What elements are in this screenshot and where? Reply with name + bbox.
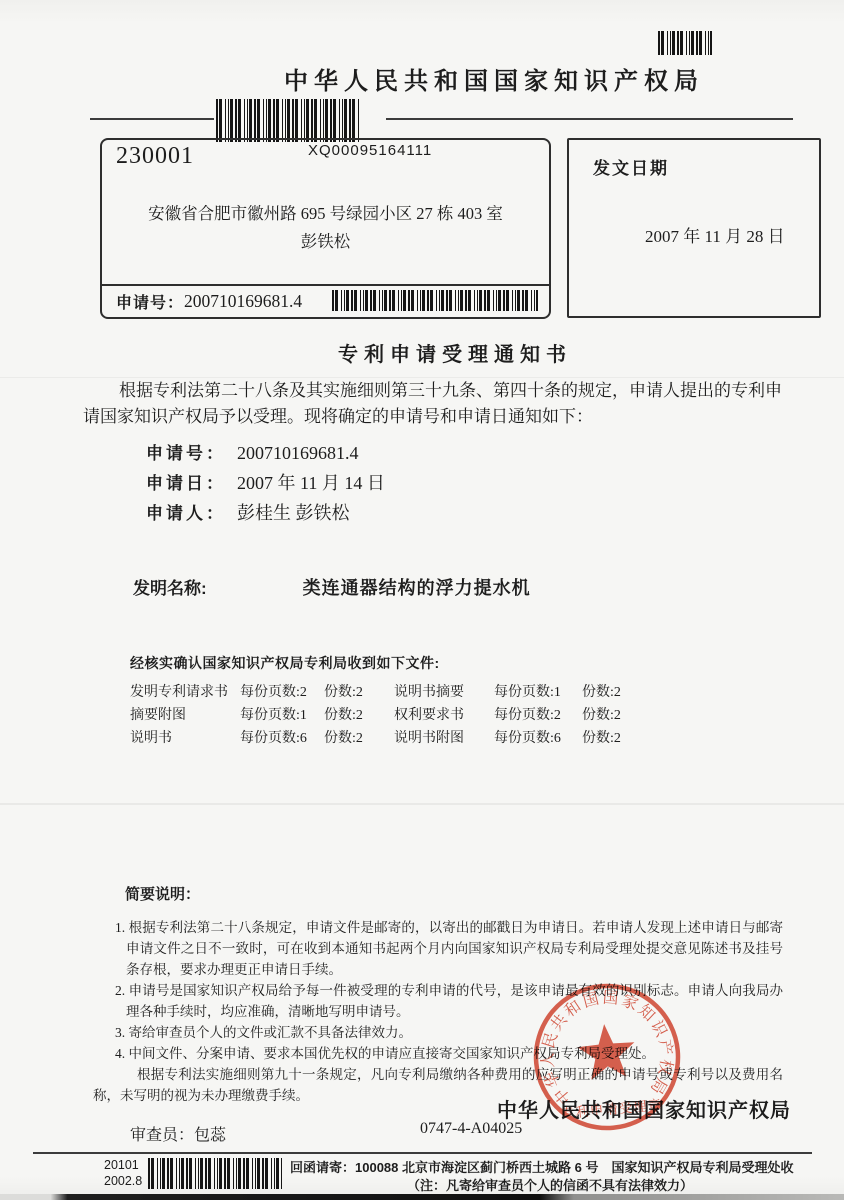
recipient-box: 230001 安徽省合肥市徽州路 695 号绿园小区 27 栋 403 室 彭铁… (100, 138, 551, 319)
doc-cell: 份数:2 (582, 704, 640, 727)
field-label: 申请人： (146, 499, 237, 524)
examiner-row: 审查员：包蕊 (130, 1122, 226, 1145)
received-documents-table: 发明专利请求书 每份页数:2 份数:2 说明书摘要 每份页数:1 份数:2 摘要… (130, 681, 640, 750)
doc-cell: 每份页数:6 (494, 727, 582, 750)
document-code: 0747-4-A04025 (420, 1120, 522, 1138)
form-meta: 20101 2002.8 (104, 1157, 142, 1189)
application-number-value: 200710169681.4 (184, 291, 302, 311)
doc-cell: 每份页数:1 (240, 704, 324, 727)
application-fields: 申请号： 200710169681.4 申请日： 2007 年 11 月 14 … (146, 439, 385, 529)
received-documents-heading: 经核实确认国家知识产权局专利局收到如下文件: (130, 653, 640, 673)
mail-address-line: 回函请寄：100088 北京市海淀区蓟门桥西土城路 6 号 国家知识产权局专利局… (290, 1159, 810, 1177)
invention-name-row: 发明名称: 类连通器结构的浮力提水机 (133, 574, 531, 600)
application-number-label: 申请号： (116, 295, 184, 312)
doc-cell: 说明书摘要 (394, 681, 494, 704)
field-value: 2007 年 11 月 14 日 (237, 469, 385, 495)
document-row: 发明专利请求书 每份页数:2 份数:2 说明书摘要 每份页数:1 份数:2 (130, 681, 640, 704)
recipient-name: 彭铁松 (102, 228, 549, 252)
form-number: 20101 (104, 1157, 142, 1173)
invention-name-value: 类连通器结构的浮力提水机 (303, 574, 531, 600)
examiner-label: 审查员： (130, 1127, 194, 1144)
doc-cell: 摘要附图 (130, 704, 240, 727)
doc-cell: 每份页数:2 (240, 681, 324, 704)
dispatch-date-box: 发文日期 2007 年 11 月 28 日 (567, 138, 821, 318)
doc-cell: 每份页数:1 (494, 681, 582, 704)
patent-acceptance-notice-page: 中华人民共和国国家知识产权局 XQ00095164111 230001 安徽省合… (0, 0, 844, 1200)
seal-star-icon (576, 1022, 638, 1081)
notice-title: 专利申请受理通知书 (100, 338, 810, 367)
field-label: 申请号： (146, 439, 237, 464)
doc-cell: 发明专利请求书 (130, 681, 240, 704)
document-row: 摘要附图 每份页数:1 份数:2 权利要求书 每份页数:2 份数:2 (130, 704, 640, 727)
doc-cell: 权利要求书 (394, 704, 494, 727)
footer-divider (33, 1152, 812, 1154)
doc-cell: 份数:2 (324, 681, 394, 704)
field-row-application-no: 申请号： 200710169681.4 (146, 439, 385, 469)
doc-cell: 份数:2 (582, 681, 640, 704)
field-value: 200710169681.4 (237, 443, 359, 464)
received-documents-section: 经核实确认国家知识产权局专利局收到如下文件: 发明专利请求书 每份页数:2 份数… (130, 653, 640, 750)
mail-note-line: （注：凡寄给审查员个人的信函不具有法律效力） (290, 1177, 810, 1195)
acceptance-seal: 中华人民共和国国家知识产权局 专利申请受理章 (504, 954, 710, 1160)
dispatch-date-value: 2007 年 11 月 28 日 (645, 222, 785, 247)
footer-barcode-icon (148, 1158, 282, 1189)
header-divider (90, 118, 793, 120)
doc-cell: 份数:2 (324, 704, 394, 727)
field-label: 申请日： (146, 469, 237, 494)
doc-cell: 份数:2 (324, 727, 394, 750)
invention-name-label: 发明名称: (133, 574, 207, 599)
mail-block: 回函请寄：100088 北京市海淀区蓟门桥西土城路 6 号 国家知识产权局专利局… (290, 1159, 810, 1195)
header-office-title: 中华人民共和国国家知识产权局 (284, 61, 704, 96)
application-number-row: 申请号：200710169681.4 (116, 290, 302, 313)
doc-cell: 说明书 (130, 727, 240, 750)
form-date: 2002.8 (104, 1173, 142, 1189)
field-value: 彭桂生 彭铁松 (237, 499, 350, 525)
corner-barcode-icon (658, 31, 712, 55)
doc-cell: 份数:2 (582, 727, 640, 750)
examiner-name: 包蕊 (194, 1127, 226, 1144)
doc-cell: 每份页数:6 (240, 727, 324, 750)
field-row-applicant: 申请人： 彭桂生 彭铁松 (146, 499, 385, 529)
main-barcode-icon (216, 99, 360, 142)
postal-code: 230001 (116, 143, 194, 170)
dispatch-date-label: 发文日期 (593, 154, 669, 179)
field-row-filing-date: 申请日： 2007 年 11 月 14 日 (146, 469, 385, 499)
fold-line (0, 803, 844, 805)
doc-cell: 说明书附图 (394, 727, 494, 750)
notice-intro: 根据专利法第二十八条及其实施细则第三十九条、第四十条的规定，申请人提出的专利申请… (83, 378, 782, 430)
recipient-box-divider (102, 284, 549, 286)
scan-edge-artifact (0, 1194, 844, 1200)
doc-cell: 每份页数:2 (494, 704, 582, 727)
fold-line (0, 377, 844, 378)
document-row: 说明书 每份页数:6 份数:2 说明书附图 每份页数:6 份数:2 (130, 727, 640, 750)
brief-notes-heading: 简要说明： (125, 883, 783, 904)
recipient-address: 安徽省合肥市徽州路 695 号绿园小区 27 栋 403 室 (102, 200, 549, 224)
application-number-barcode-icon (332, 290, 538, 311)
